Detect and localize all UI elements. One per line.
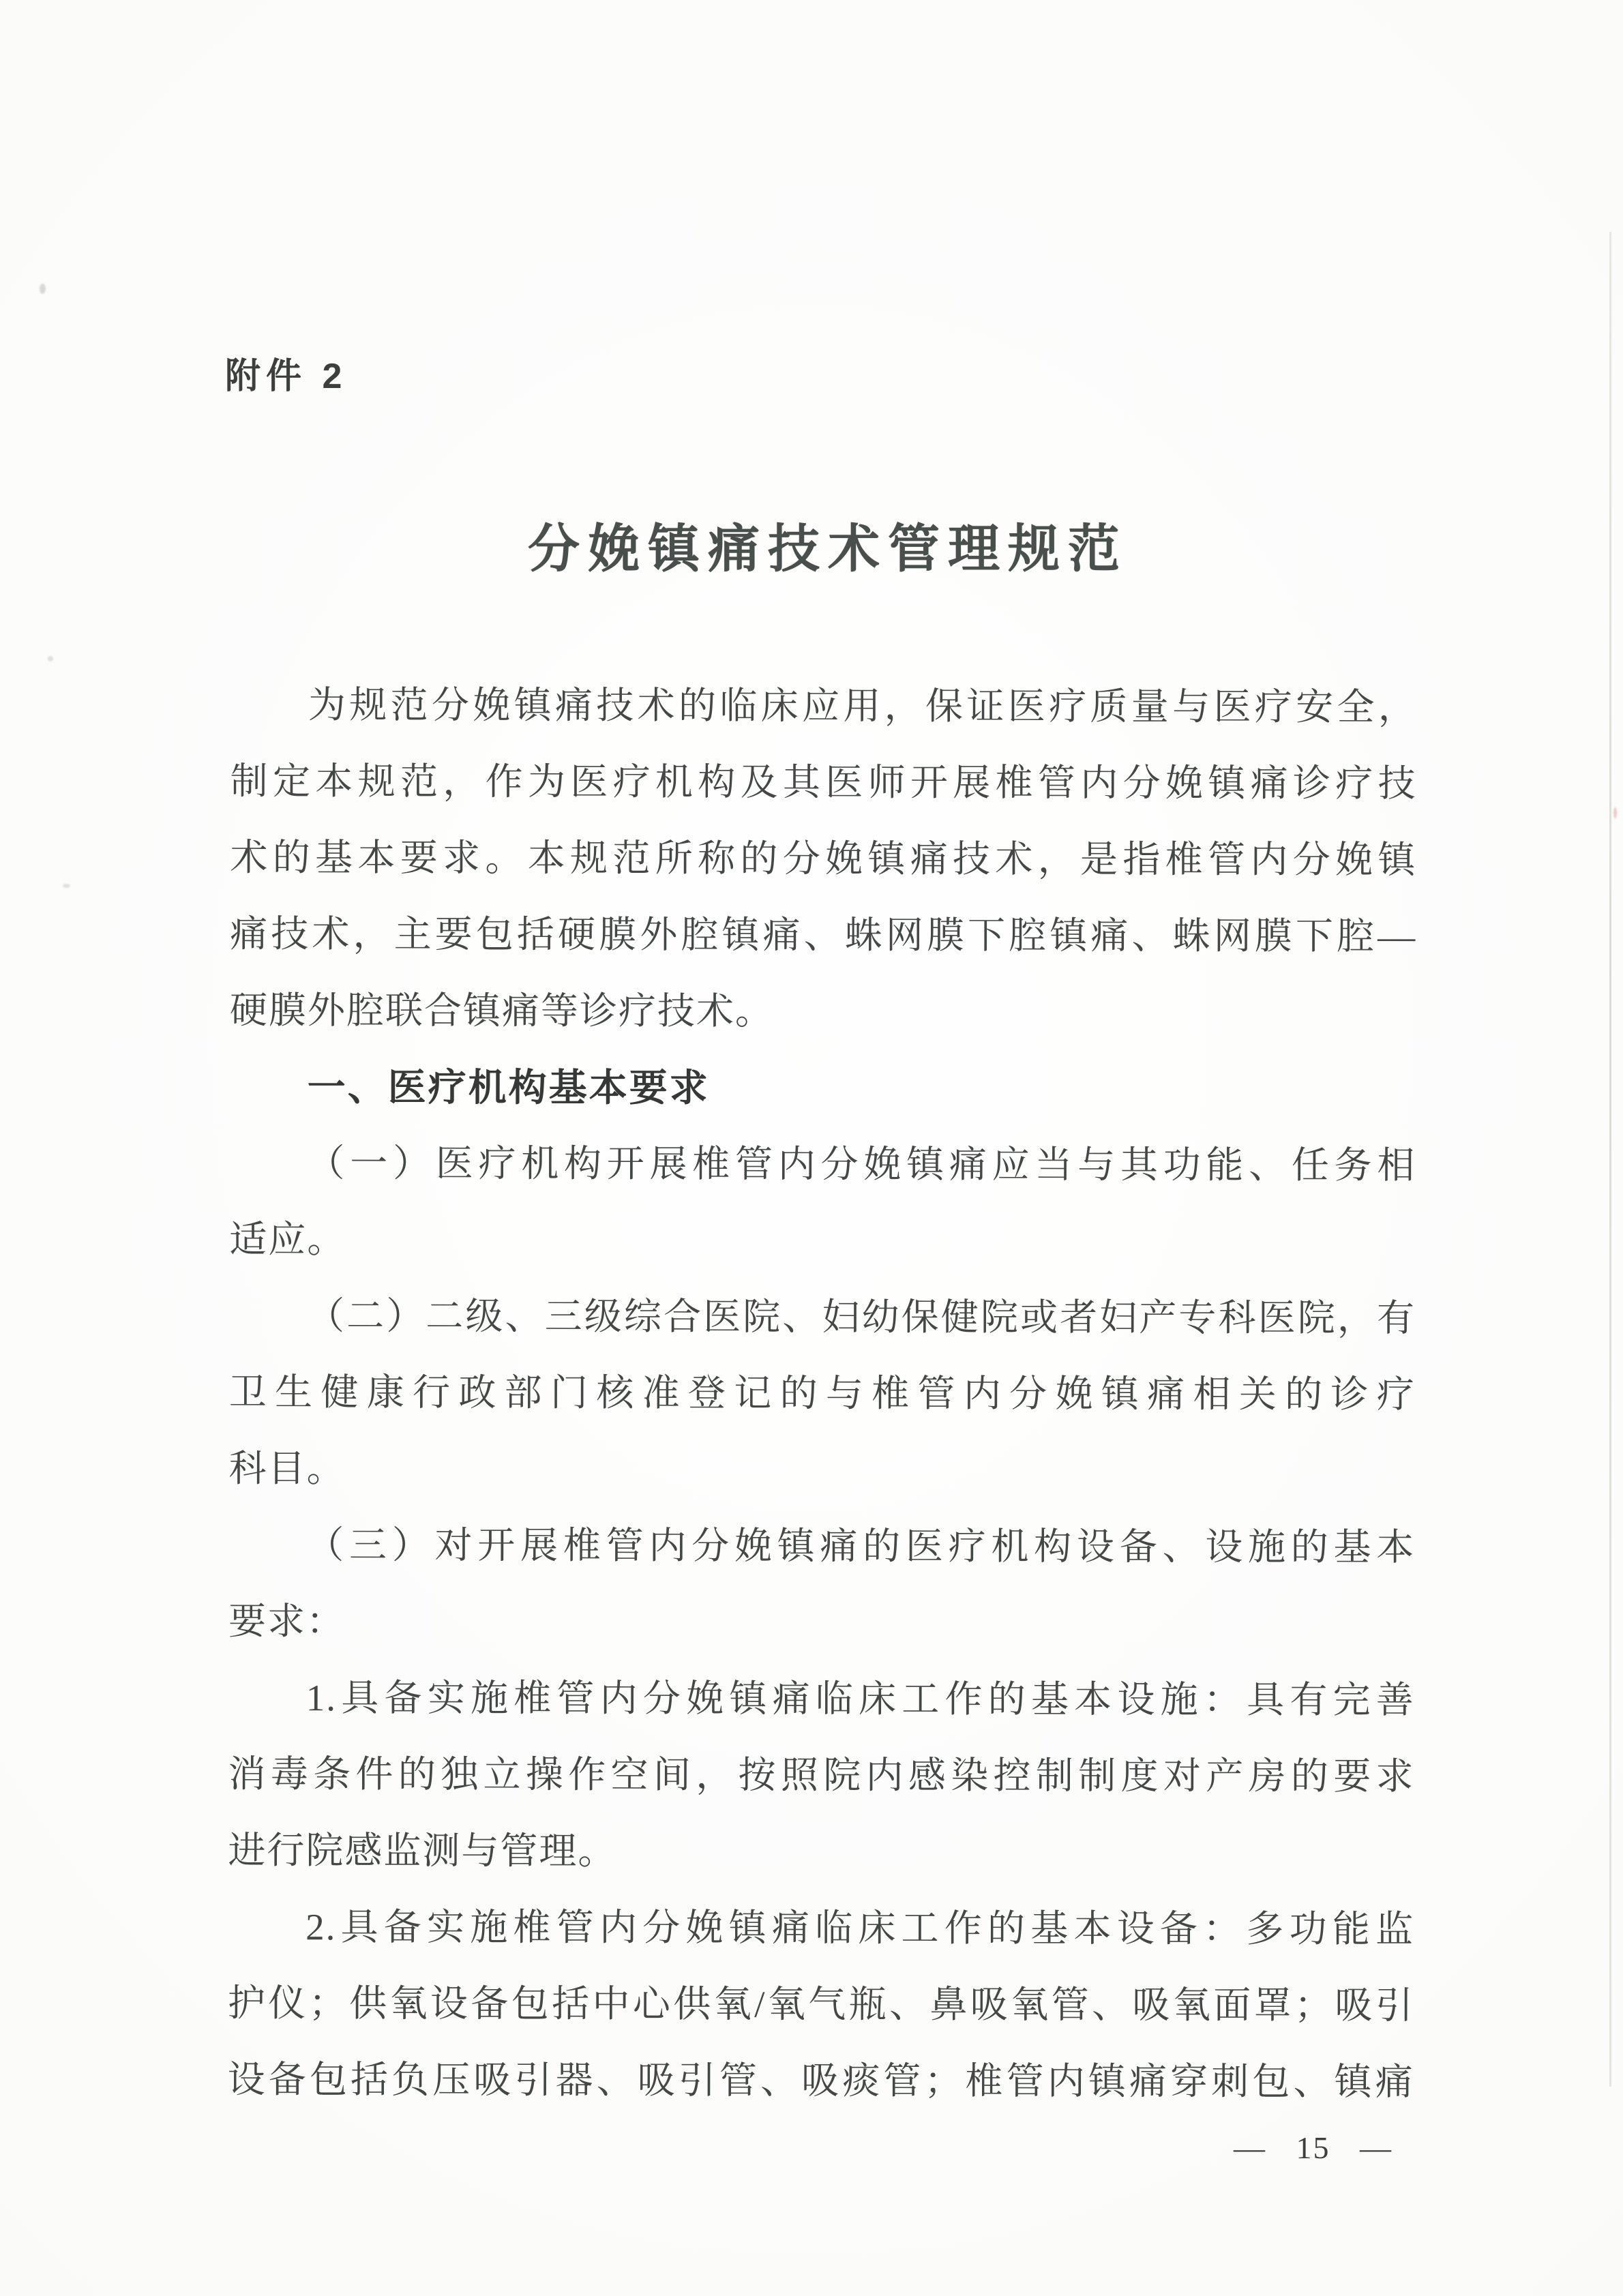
body-line: 术的基本要求。本规范所称的分娩镇痛技术，是指椎管内分娩镇 <box>230 820 1416 899</box>
body-line: 设备包括负压吸引器、吸引管、吸痰管；椎管内镇痛穿刺包、镇痛 <box>228 2042 1414 2121</box>
body-line: 1.具备实施椎管内分娩镇痛临床工作的基本设施：具有完善 <box>228 1660 1415 1739</box>
body-line: （三）对开展椎管内分娩镇痛的医疗机构设备、设施的基本 <box>228 1507 1415 1586</box>
body-line: （二）二级、三级综合医院、妇幼保健院或者妇产专科医院，有 <box>229 1278 1416 1357</box>
scan-speck <box>1613 807 1617 818</box>
scan-speck <box>48 656 53 661</box>
scan-speck <box>63 884 70 888</box>
attachment-label: 附件 2 <box>225 356 347 397</box>
body-line: 消毒条件的独立操作空间，按照院内感染控制制度对产房的要求 <box>228 1736 1414 1815</box>
body-line: 为规范分娩镇痛技术的临床应用，保证医疗质量与医疗安全， <box>230 667 1417 746</box>
body-line: （一）医疗机构开展椎管内分娩镇痛应当与其功能、任务相 <box>229 1125 1416 1204</box>
scan-edge-line <box>1609 232 1611 2087</box>
body-line: 进行院感监测与管理。 <box>228 1813 1414 1892</box>
body-line: 护仪；供氧设备包括中心供氧/氧气瓶、鼻吸氧管、吸氧面罩；吸引 <box>228 1965 1414 2044</box>
body-line: 2.具备实施椎管内分娩镇痛临床工作的基本设备：多功能监 <box>228 1889 1414 1968</box>
section-heading: 一、医疗机构基本要求 <box>230 1049 1416 1128</box>
body-line: 要求： <box>228 1583 1415 1663</box>
page-number: — 15 — <box>1234 2129 1393 2167</box>
document-body: 为规范分娩镇痛技术的临床应用，保证医疗质量与医疗安全， 制定本规范，作为医疗机构… <box>228 667 1417 2121</box>
scanned-document-page: 附件 2 分娩镇痛技术管理规范 为规范分娩镇痛技术的临床应用，保证医疗质量与医疗… <box>0 0 1623 2296</box>
body-line: 卫生健康行政部门核准登记的与椎管内分娩镇痛相关的诊疗 <box>229 1354 1416 1433</box>
body-line: 痛技术，主要包括硬膜外腔镇痛、蛛网膜下腔镇痛、蛛网膜下腔— <box>230 896 1416 975</box>
document-title: 分娩镇痛技术管理规范 <box>230 518 1417 581</box>
scan-speck <box>40 284 46 294</box>
body-line: 制定本规范，作为医疗机构及其医师开展椎管内分娩镇痛诊疗技 <box>230 743 1417 822</box>
body-line: 科目。 <box>228 1431 1415 1510</box>
body-line: 适应。 <box>229 1202 1416 1281</box>
body-line: 硬膜外腔联合镇痛等诊疗技术。 <box>230 972 1416 1052</box>
